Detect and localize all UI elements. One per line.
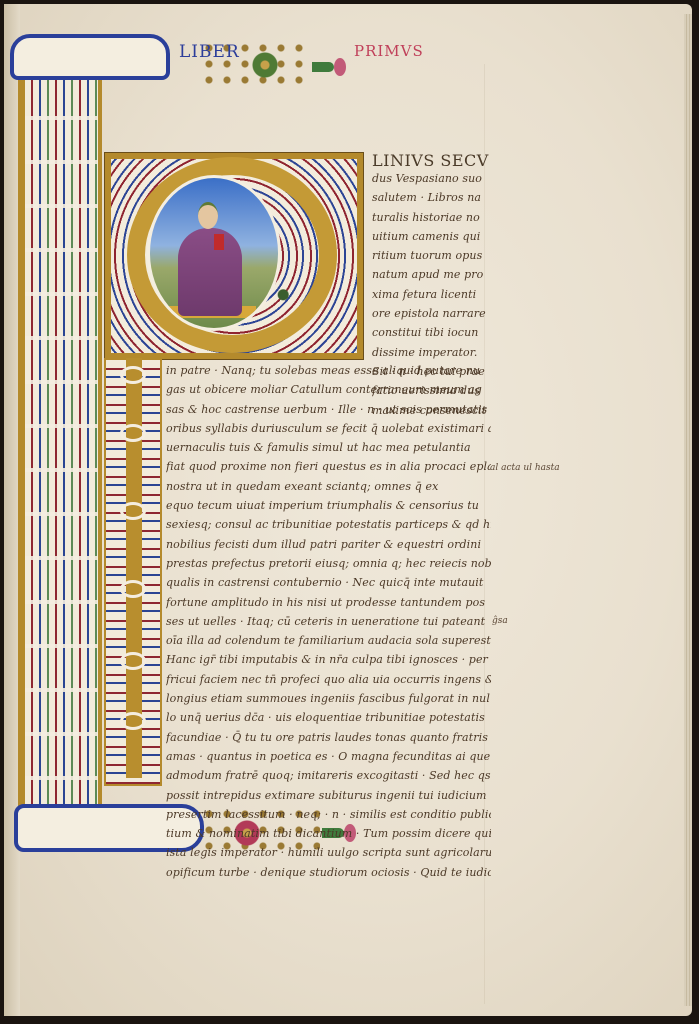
text-line: in patre · Nanq; tu solebas meas esse al… bbox=[166, 361, 491, 380]
text-line: dus Vespasiano suo bbox=[372, 169, 490, 188]
text-line: fiat quod proxime non fieri questus es i… bbox=[166, 457, 491, 476]
text-line: gas ut obicere moliar Catullum conterran… bbox=[166, 380, 491, 399]
text-line: constitui tibi iocun bbox=[372, 323, 490, 342]
text-line: natum apud me pro bbox=[372, 265, 490, 284]
text-line: possit intrepidus extimare subiturus ing… bbox=[166, 786, 491, 805]
vine-scroll-top bbox=[10, 34, 170, 80]
text-line: fortune amplitudo in his nisi ut prodess… bbox=[166, 593, 491, 612]
text-line: equo tecum uiuat imperium triumphalis & … bbox=[166, 496, 491, 515]
text-line: oīa illa ad colendum te familiarium auda… bbox=[166, 631, 491, 650]
text-line: Hanc igr̄ tibi imputabis & in nr̄a culpa… bbox=[166, 650, 491, 669]
green-rosette-icon bbox=[252, 52, 278, 78]
text-line: ses ut uelles · Itaq; cū ceteris in uene… bbox=[166, 612, 491, 631]
text-line: tium & nominatim tibi dicantium · Tum po… bbox=[166, 824, 491, 843]
text-line: facundiae · Q̄ tu tu ore patris laudes t… bbox=[166, 728, 491, 747]
ring-ornament bbox=[120, 502, 146, 520]
text-line: ritium tuorum opus bbox=[372, 246, 490, 265]
flower-bud-icon bbox=[312, 62, 334, 72]
text-line: dissime imperator. bbox=[372, 343, 490, 362]
marginal-note: ĝsa bbox=[492, 616, 508, 626]
page-edge bbox=[684, 14, 692, 1006]
text-line: sexiesq; consul ac tribunitiae potestati… bbox=[166, 515, 491, 534]
text-column-full: in patre · Nanq; tu solebas meas esse al… bbox=[166, 361, 491, 882]
ring-ornament bbox=[120, 366, 146, 384]
rubric-primus: PRIMVS bbox=[354, 42, 424, 60]
text-line: prestas prefectus pretorii eiusq; omnia … bbox=[166, 554, 491, 573]
text-line: opificum turbe · denique studiorum ocios… bbox=[166, 863, 491, 882]
incipit: LINIVS SECV bbox=[372, 151, 489, 170]
author-portrait-miniature bbox=[147, 175, 281, 331]
text-line: amas · quantus in poetica es · O magna f… bbox=[166, 747, 491, 766]
text-line: qualis in castrensi contubernio · Nec qu… bbox=[166, 573, 491, 592]
ring-ornament bbox=[120, 424, 146, 442]
laureled-head bbox=[198, 202, 218, 229]
red-book-icon bbox=[214, 234, 224, 250]
ring-ornament bbox=[120, 580, 146, 598]
text-line: turalis historiae no bbox=[372, 208, 490, 227]
text-line: nostra ut in quedam exeant sciantq; omne… bbox=[166, 477, 491, 496]
text-line: salutem · Libros na bbox=[372, 188, 490, 207]
text-line: xima fetura licenti bbox=[372, 285, 490, 304]
text-line: admodum fratrē quoq; imitareris excogita… bbox=[166, 766, 491, 785]
robed-figure bbox=[178, 228, 242, 316]
text-line: nobilius fecisti dum illud patri pariter… bbox=[166, 535, 491, 554]
text-line: lo unq̄ uerius dc̄a · uis eloquentiae tr… bbox=[166, 708, 491, 727]
text-line: uernaculis tuis & famulis simul ut hac m… bbox=[166, 438, 491, 457]
decorated-border-left bbox=[18, 76, 102, 828]
text-line: presertim lacessitum · neq; · n · simili… bbox=[166, 805, 491, 824]
rubric-liber: LIBER bbox=[179, 42, 240, 62]
text-line: ista legis imperator · humili uulgo scri… bbox=[166, 843, 491, 862]
illuminated-initial-p bbox=[104, 152, 364, 360]
text-line: ore epistola narrare bbox=[372, 304, 490, 323]
marginal-note: al acta ul hasta bbox=[490, 463, 560, 473]
ring-ornament bbox=[120, 712, 146, 730]
text-line: sas & hoc castrense uerbum · Ille · n · … bbox=[166, 400, 491, 419]
text-line: oribus syllabis duriusculum se fecit q̄ … bbox=[166, 419, 491, 438]
text-line: uitium camenis qui bbox=[372, 227, 490, 246]
ring-ornament bbox=[120, 652, 146, 670]
manuscript-page: LIBER PRIMVS LINIVS SECV dus Vespasiano … bbox=[4, 4, 692, 1016]
text-line: longius etiam summoues ingeniis fascibus… bbox=[166, 689, 491, 708]
text-line: fricui faciem nec tn̄ profeci quo alia u… bbox=[166, 670, 491, 689]
